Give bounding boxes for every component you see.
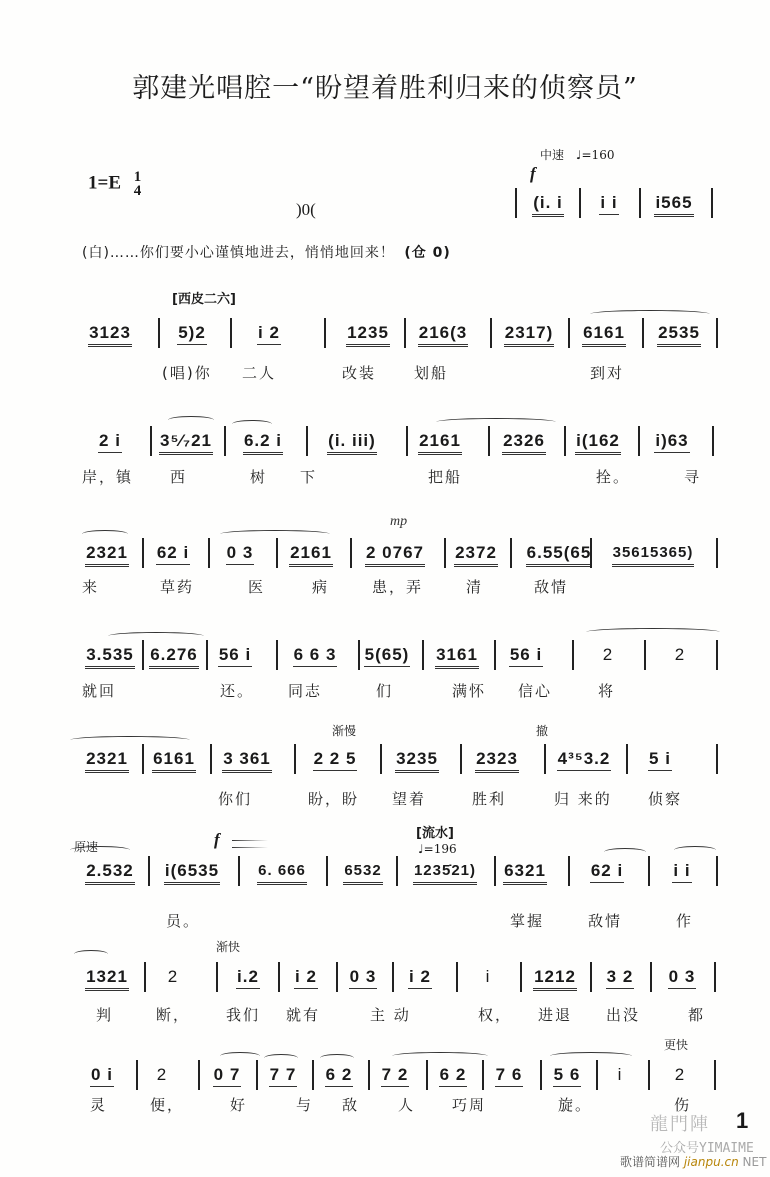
lyrics-line-2: 岸，镇 西 树 下 把船 拴。 寻 <box>80 466 720 488</box>
tempo-marking: 中速 ♩=160 <box>540 146 614 163</box>
dynamic-mp: mp <box>390 514 407 530</box>
watermark-site: 歌谱简谱网 jianpu.cn NET <box>620 1153 766 1170</box>
lyrics-line-6: 员。 掌握 敌情 作 <box>80 910 720 932</box>
lyrics-line-7: 判 断， 我们 就有 主 动 权， 进退 出没 都 <box>80 1004 720 1026</box>
page-number: 1 <box>736 1108 748 1134</box>
section-xipi-erliu: [西皮二六] <box>172 288 236 307</box>
decrescendo-hairpin <box>232 840 368 848</box>
key-signature: 1=E 1 4 <box>88 170 141 198</box>
page-title: 郭建光唱腔一“盼望着胜利归来的侦察员” <box>0 66 770 105</box>
direction-jianman: 渐慢 <box>332 722 356 739</box>
watermark-logo: 龍門陣 <box>650 1110 710 1136</box>
score-line-6: 2.532 i(6535 6. 666 6532 1235̇21) 6321 6… <box>80 854 720 888</box>
score-line-4: 3.535 6.276 56 i 6 6 3 5(65) 3161 56 i 2… <box>80 638 720 672</box>
score-line-7: 1321 2 i.2 i 2 0 3 i 2 i 1212 3 2 0 3 <box>80 960 720 994</box>
score-line-2: 2 i 3⁵⁄₇21 6.2 i (i. iii) 2161 2326 i(16… <box>80 424 720 458</box>
score-line-8: 0 i 2 0 7 7 7 6 2 7 2 6 2 7 6 5 6 i 2 <box>80 1058 720 1092</box>
lyrics-line-1: (唱)你 二人 改装 划船 到对 <box>80 362 720 384</box>
lyrics-line-4: 就回 还。 同志 们 满怀 信心 将 <box>80 680 720 702</box>
score-line-1: 3123 5)2 i 2 1235 216(3 2317) 6161 2535 <box>80 316 720 350</box>
intro-measures: (i. i i i i565 <box>515 186 725 220</box>
time-signature: 1 4 <box>134 170 142 198</box>
dynamic-forte: f <box>530 164 536 184</box>
lyrics-line-8: 灵 便， 好 与 敌 人 巧周 旋。 伤 <box>80 1094 720 1116</box>
direction-jiankuai: 渐快 <box>216 938 240 955</box>
intro-rest: )0( <box>296 200 316 220</box>
score-line-3: 2321 62 i 0 3 2161 2 0767 2372 6.55(65 3… <box>80 536 720 570</box>
lyrics-line-5: 你们 盼，盼 望着 胜利 归 来的 侦察 <box>80 788 720 810</box>
key-label: 1=E <box>88 172 121 193</box>
dynamic-forte-2: f <box>214 830 220 850</box>
section-liushui: [流水] <box>416 822 454 841</box>
score-line-5: 2321 6161 3 361 2 2 5 3235 2323 4³⁵3.2 5… <box>80 742 720 776</box>
direction-gengkuai: 更快 <box>664 1036 688 1053</box>
lyrics-line-3: 来 草药 医 病 患，弄 清 敌情 <box>80 576 720 598</box>
direction-che: 撤 <box>536 722 548 739</box>
watermark-site-link[interactable]: jianpu.cn <box>684 1155 739 1169</box>
spoken-line: (白)……你们要小心谨慎地进去，悄悄地回来！ (仓 0) <box>82 242 451 262</box>
